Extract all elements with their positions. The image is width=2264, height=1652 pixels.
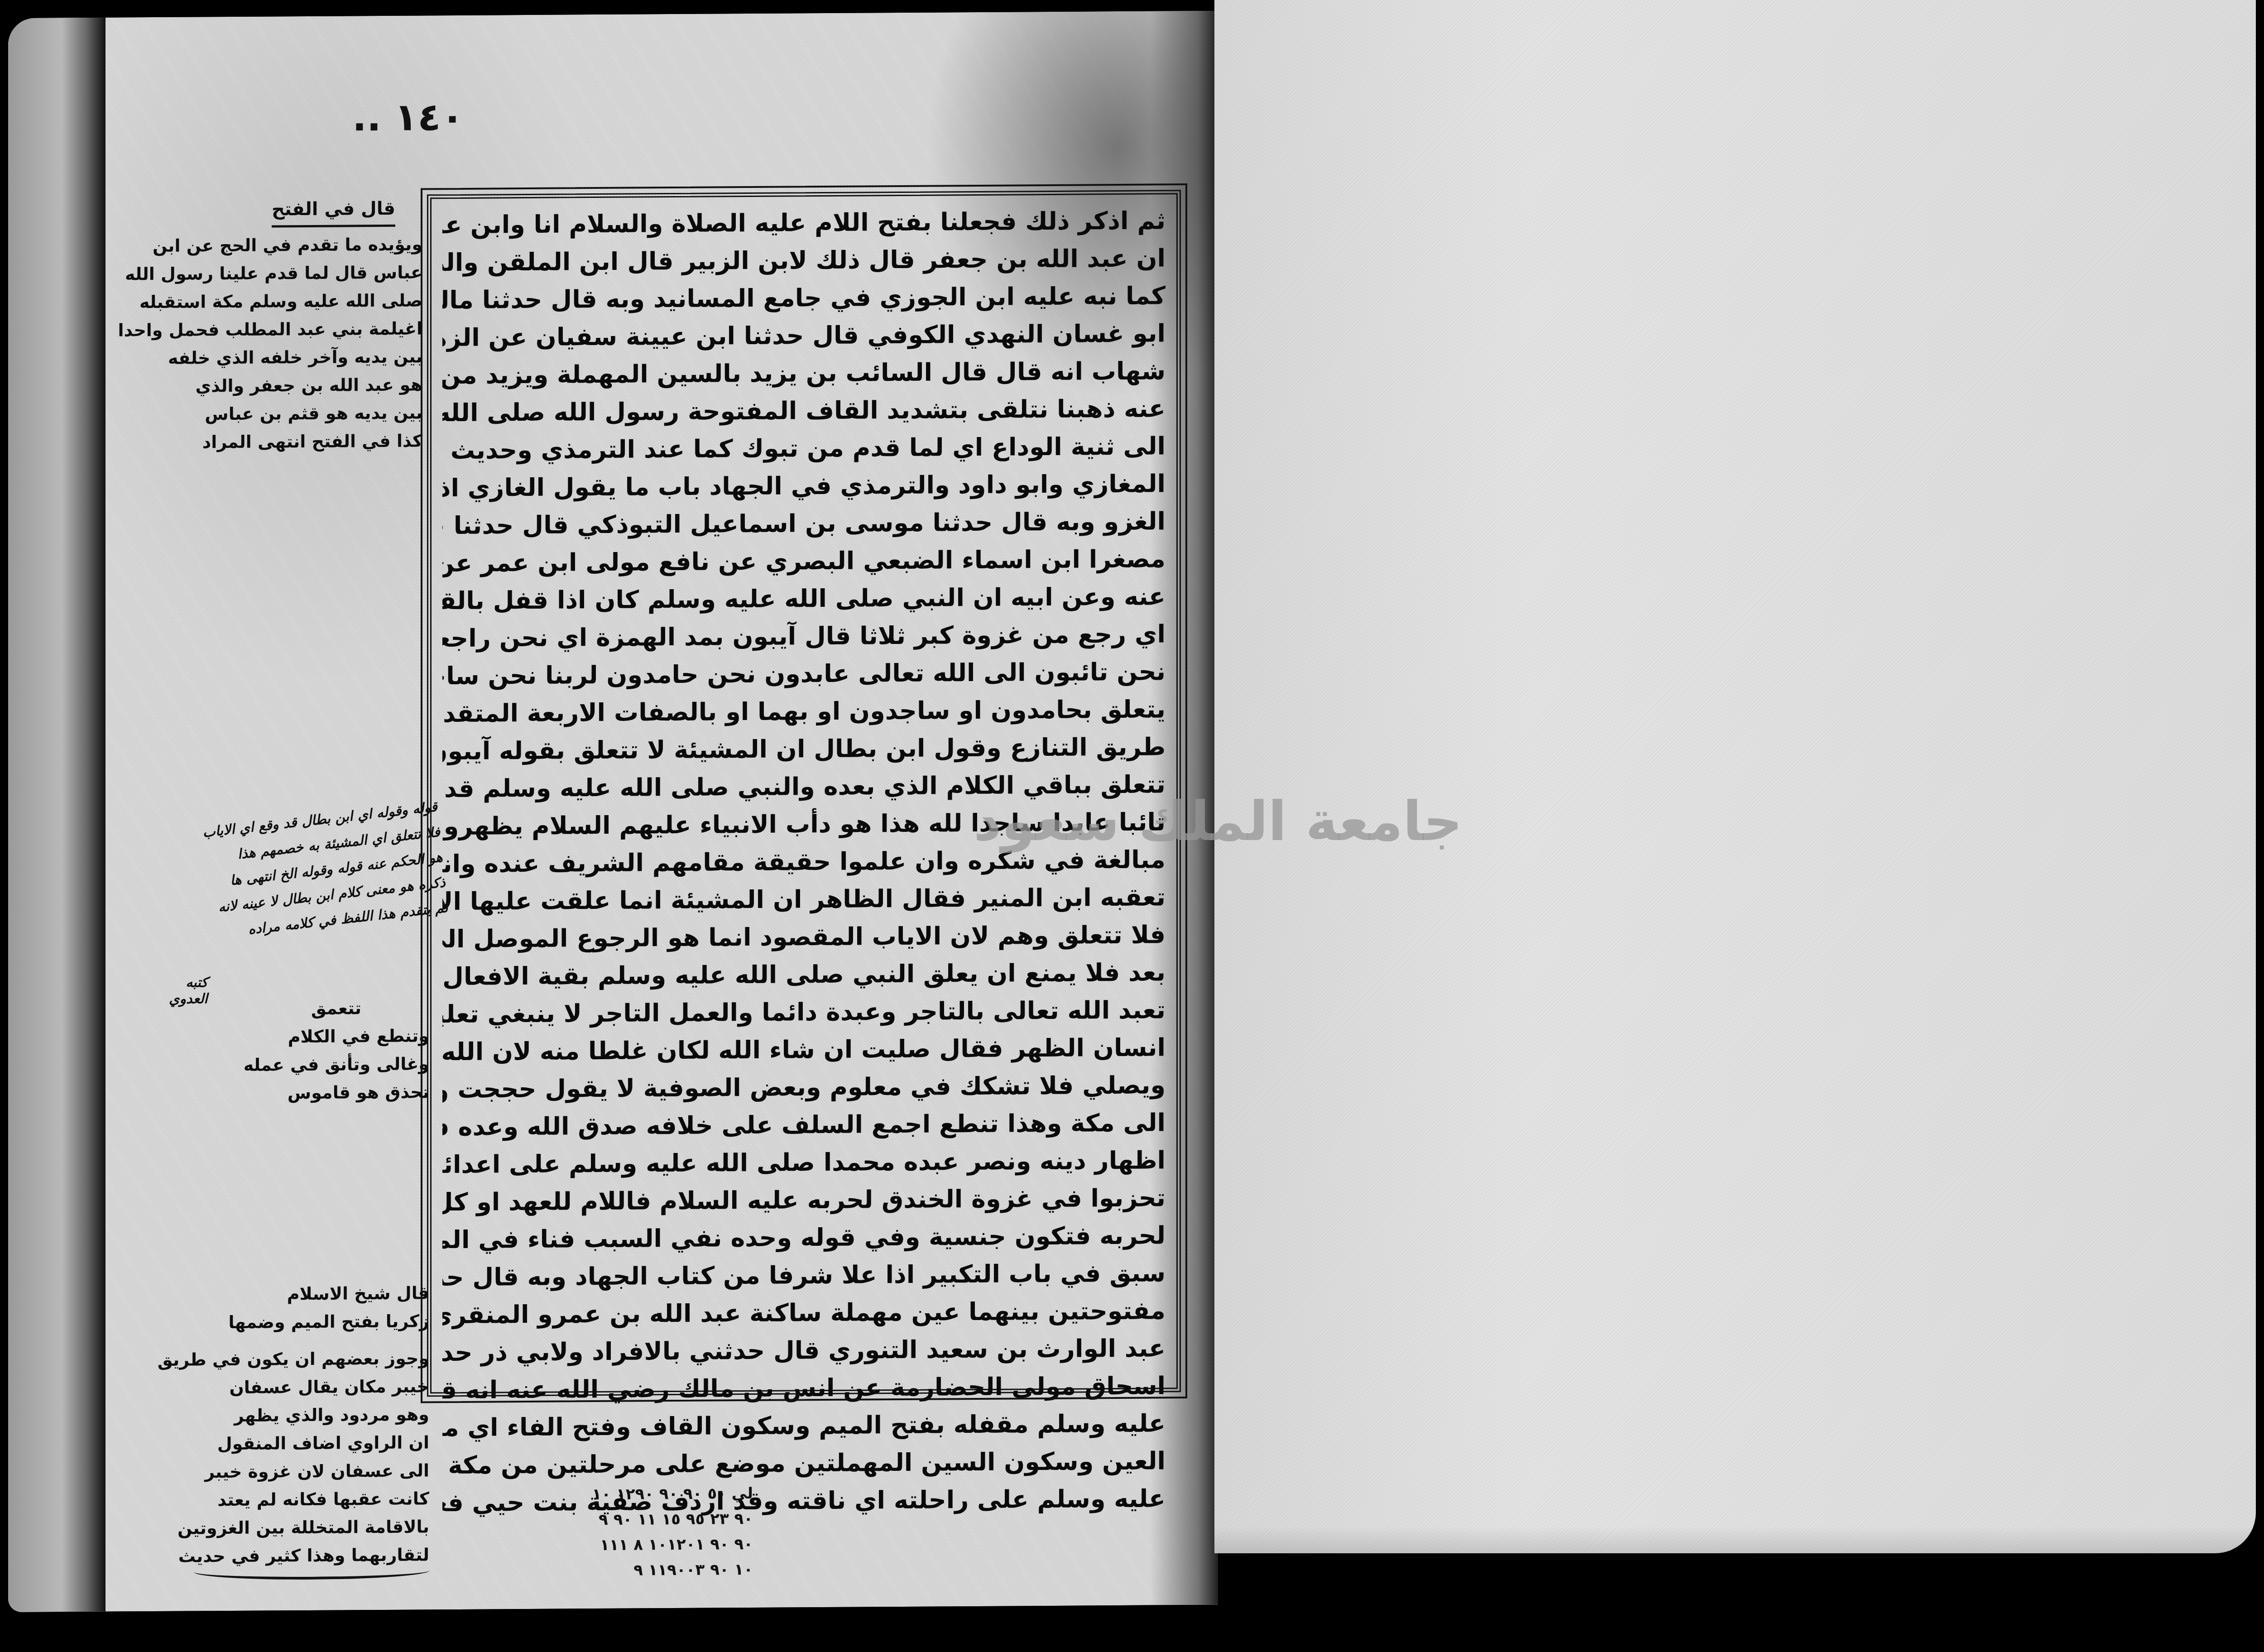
- text-line: انسان الظهر فقال صليت ان شاء الله لكان غ…: [442, 1028, 1166, 1071]
- text-line: بعد فلا يمنع ان يعلق النبي صلى الله عليه…: [442, 953, 1166, 995]
- text-line: ابو غسان النهدي الكوفي قال حدثنا ابن عيي…: [442, 314, 1166, 356]
- signature-line: كتبه: [169, 975, 208, 991]
- margin-note-line: اغيلمة بني عبد المطلب فحمل واحدا: [169, 314, 422, 344]
- text-line: تتعلق بباقي الكلام الذي بعده والنبي صلى …: [442, 765, 1166, 807]
- margin-note-line: تتعمق: [244, 994, 429, 1023]
- text-line: تائبا عابدا ساجدا لله هذا هو دأب الانبيا…: [442, 803, 1166, 845]
- text-line: مفتوحتين بينهما عين مهملة ساكنة عبد الله…: [442, 1292, 1166, 1334]
- margin-note-heading: قال شيخ الاسلام: [198, 1279, 429, 1308]
- text-line: اسحاق مولى الحضارمة عن انس بن مالك رضي ا…: [442, 1367, 1166, 1409]
- text-line: العين وسكون السين المهملتين موضع على مرح…: [442, 1442, 1166, 1484]
- margin-note-line: عباس قال لما قدم علينا رسول الله: [169, 258, 422, 288]
- text-line: تعقبه ابن المنير فقال الظاهر ان المشيئة …: [442, 878, 1166, 920]
- margin-note-middle: قوله وقوله اي ابن بطال قد وقع اي الاياب …: [166, 794, 449, 951]
- margin-note-signature: كتبه العدوي: [169, 975, 208, 1008]
- text-line: عليه وسلم مقفله بفتح الميم وسكون القاف و…: [442, 1404, 1166, 1446]
- scribble-line: ٩٠ ٢٣ ٩٥ ١٥ ١١ ٩٠ ٩: [463, 1506, 753, 1533]
- text-line: لحربه فتكون جنسية وفي قوله وحده نفي السب…: [442, 1216, 1166, 1258]
- margin-note-line: وتنطع في الكلام: [244, 1022, 429, 1051]
- margin-note-heading: زكريا بفتح الميم وضمها: [198, 1307, 429, 1336]
- right-page-blank: [1214, 0, 2256, 1553]
- text-line: مصغرا ابن اسماء الضبعي البصري عن نافع مو…: [442, 540, 1166, 582]
- text-line: تعبد الله تعالى بالتاجر وعبدة دائما والع…: [442, 991, 1166, 1033]
- text-line: عنه وعن ابيه ان النبي صلى الله عليه وسلم…: [442, 577, 1166, 619]
- left-page: ١٤٠ .. قال في الفتح ويؤيده ما تقدم في ال…: [8, 11, 1218, 1612]
- margin-note-line: ويؤيده ما تقدم في الحج عن ابن: [169, 230, 422, 259]
- bottom-scribbles: لي ٥٠ ٩٠ ٩٠ ١٢٩٠ ١٠ ٩٠ ٢٣ ٩٥ ١٥ ١١ ٩٠ ٩ …: [463, 1481, 753, 1584]
- scribble-line: لي ٥٠ ٩٠ ٩٠ ١٢٩٠ ١٠: [463, 1481, 753, 1508]
- margin-note-line: هو عبد الله بن جعفر والذي: [169, 370, 422, 400]
- text-line: المغازي وابو داود والترمذي في الجهاد باب…: [442, 465, 1166, 507]
- signature-line: العدوي: [169, 991, 208, 1008]
- margin-note-line: بين يديه وآخر خلفه الذي خلفه: [169, 342, 422, 372]
- margin-note-line: خيبر مكان يقال عسفان: [198, 1372, 429, 1402]
- margin-note-line: ان الراوي اضاف المنقول: [198, 1428, 429, 1458]
- text-line: سبق في باب التكبير اذا علا شرفا من كتاب …: [442, 1254, 1166, 1296]
- margin-note-line: بين يديه هو قثم بن عباس: [169, 399, 422, 428]
- margin-note-line: كانت عقبها فكانه لم يعتد: [198, 1484, 429, 1514]
- main-text-frame: ثم اذكر ذلك فجعلنا بفتح اللام عليه الصلا…: [427, 190, 1181, 1397]
- margin-note-line: تحذق هو قاموس: [244, 1078, 429, 1107]
- text-line: ثم اذكر ذلك فجعلنا بفتح اللام عليه الصلا…: [442, 202, 1166, 244]
- binding-strip: [8, 18, 106, 1612]
- margin-note-line: بالاقامة المتخللة بين الغزوتين: [198, 1513, 429, 1542]
- scribble-line: ١٠ ٩٠ ١١٩٠٠٣ ٩: [463, 1557, 753, 1584]
- margin-note-lower: تتعمق وتنطع في الكلام وغالى وتأنق في عمل…: [244, 994, 429, 1107]
- text-line: نحن تائبون الى الله تعالى عابدون نحن حام…: [442, 653, 1166, 695]
- text-line: اظهار دينه ونصر عبده محمدا صلى الله عليه…: [442, 1141, 1166, 1183]
- text-line: ويصلي فلا تشكك في معلوم وبعض الصوفية لا …: [442, 1066, 1166, 1108]
- text-line: يتعلق بحامدون او ساجدون او بهما او بالصف…: [442, 690, 1166, 732]
- page-number: ١٤٠ ..: [352, 95, 464, 140]
- text-line: ان عبد الله بن جعفر قال ذلك لابن الزبير …: [442, 239, 1166, 281]
- margin-note-heading: قال في الفتح: [272, 195, 395, 228]
- text-line: عبد الوارث بن سعيد التنوري قال حدثني بال…: [442, 1329, 1166, 1371]
- text-line: كما نبه عليه ابن الجوزي في جامع المسانيد…: [442, 277, 1166, 319]
- margin-note-line: الى عسفان لان غزوة خيبر: [198, 1456, 429, 1486]
- text-line: طريق التنازع وقول ابن بطال ان المشيئة لا…: [442, 728, 1166, 770]
- text-line: الغزو وبه قال حدثنا موسى بن اسماعيل التب…: [442, 502, 1166, 544]
- margin-note-line: لتقاربهما وهذا كثير في حديث: [198, 1541, 429, 1570]
- text-line: شهاب انه قال قال السائب بن يزيد بالسين ا…: [442, 352, 1166, 394]
- margin-note-line: كذا في الفتح انتهى المراد: [169, 427, 422, 456]
- text-line: فلا تتعلق وهم لان الاياب المقصود انما هو…: [442, 916, 1166, 958]
- text-line: مبالغة في شكره وان علموا حقيقة مقامهم ال…: [442, 840, 1166, 883]
- manuscript-scan: ١٤٠ .. قال في الفتح ويؤيده ما تقدم في ال…: [0, 0, 2264, 1652]
- text-line: عنه ذهبنا نتلقى بتشديد القاف المفتوحة رس…: [442, 389, 1166, 432]
- text-line: اي رجع من غزوة كبر ثلاثا قال آيبون بمد ا…: [442, 615, 1166, 657]
- text-line: الى ثنية الوداع اي لما قدم من تبوك كما ع…: [442, 427, 1166, 469]
- margin-note-line: وغالى وتأنق في عمله: [244, 1050, 429, 1079]
- text-line: الى مكة وهذا تنطع اجمع السلف على خلافه ص…: [442, 1104, 1166, 1146]
- margin-note-line: صلى الله عليه وسلم مكة استقبله: [169, 286, 422, 316]
- margin-note-line: وجوز بعضهم ان يكون في طريق: [198, 1344, 429, 1373]
- scribble-line: ٩٠ ٩٠ ١٠١٢٠١ ٨ ١١١: [463, 1532, 753, 1559]
- margin-note-bottom: قال شيخ الاسلام زكريا بفتح الميم وضمها و…: [198, 1279, 429, 1580]
- margin-note-line: وهو مردود والذي يظهر: [198, 1400, 429, 1430]
- text-line: تحزبوا في غزوة الخندق لحربه عليه السلام …: [442, 1179, 1166, 1221]
- margin-note-top: قال في الفتح ويؤيده ما تقدم في الحج عن ا…: [169, 194, 422, 456]
